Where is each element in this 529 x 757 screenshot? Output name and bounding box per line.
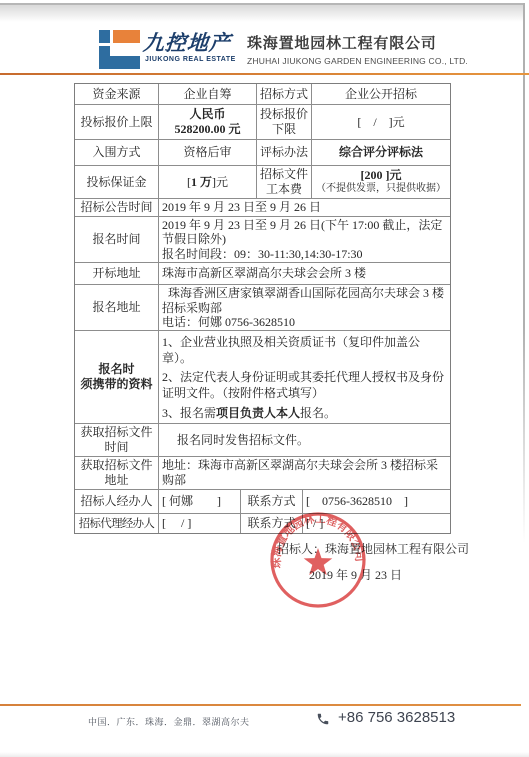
jiukong-logo-icon	[99, 30, 140, 69]
table-row: 投标保证金 [1 万]元 招标文件工本费 [200 ]元 （不提供发票，只提供收…	[75, 165, 450, 198]
value-bid-opening-address: 珠海市高新区翠湖高尔夫球会会所 3 楼	[158, 263, 450, 284]
registration-dates: 2019 年 9 月 23 日至 9 月 26 日(下午 17:00 截止，法定…	[162, 218, 447, 247]
amount-value: 528200.00 元	[174, 122, 240, 137]
table-row: 入围方式 资格后审 评标办法 综合评分评标法	[75, 139, 450, 165]
value-document-fee: [200 ]元 （不提供发票，只提供收据）	[311, 166, 450, 198]
scan-right-edge	[523, 3, 525, 543]
value-tender-method: 企业公开招标	[311, 84, 450, 104]
label-announcement-period: 招标公告时间	[75, 199, 158, 216]
company-seal-stamp-icon: 珠海置地园林工程有限公司	[268, 510, 368, 610]
table-row: 获取招标文件地址 地址：珠海市高新区翠湖高尔夫球会会所 3 楼招标采购部	[75, 456, 450, 489]
table-row: 报名时 须携带的资料 1、企业营业执照及相关资质证书（复印件加盖公章）。 2、法…	[75, 330, 450, 423]
value-bid-deposit: [1 万]元	[158, 166, 256, 198]
company-name-chinese: 珠海置地园林工程有限公司	[247, 32, 437, 53]
footer-divider-rule	[0, 704, 521, 706]
value-evaluation-method: 综合评分评标法	[311, 140, 450, 165]
label-registration-address: 报名地址	[75, 285, 158, 330]
value-tender-proxy-agent: [ / ]	[158, 514, 240, 533]
scan-top-shadow	[0, 5, 525, 22]
registration-hours: 报名时间段：09：30-11:30,14:30-17:30	[162, 247, 363, 261]
label-document-fee: 招标文件工本费	[256, 166, 311, 198]
table-row: 投标报价上限 人民币 528200.00 元 投标报价下限 [ / ]元	[75, 104, 450, 139]
table-row: 招标代理经办人 [ / ] 联系方式 [ / ]	[75, 513, 450, 533]
footer-phone-number: +86 756 3628513	[338, 709, 455, 726]
scanned-tender-notice-page: 九控地产 JIUKONG REAL ESTATE 珠海置地园林工程有限公司 ZH…	[0, 0, 529, 757]
value-document-release-time: 报名同时发售招标文件。	[158, 424, 450, 456]
label-bid-price-upper-limit: 投标报价上限	[75, 105, 158, 139]
logo-english-wordmark: JIUKONG REAL ESTATE	[145, 56, 236, 63]
label-bid-deposit: 投标保证金	[75, 166, 158, 198]
value-required-documents: 1、企业营业执照及相关资质证书（复印件加盖公章）。 2、法定代表人身份证明或其委…	[158, 331, 450, 423]
logo-orange-bar	[113, 30, 140, 43]
registration-address-text: 珠海香洲区唐家镇翠湖香山国际花园高尔夫球会 3 楼招标采购部	[162, 286, 447, 315]
header-divider-rule	[0, 73, 529, 75]
label-tenderer-agent: 招标人经办人	[75, 490, 158, 513]
value-tenderer-agent: [ 何娜 ]	[158, 490, 240, 513]
value-bid-price-upper-limit: 人民币 528200.00 元	[158, 105, 256, 139]
required-doc-item-2: 2、法定代表人身份证明或其委托代理人授权书及身份证明文件。（按附件格式填写）	[162, 369, 447, 401]
value-announcement-period: 2019 年 9 月 23 日至 9 月 26 日	[158, 199, 450, 216]
scan-bottom-shadow	[0, 752, 529, 757]
label-evaluation-method: 评标办法	[256, 140, 311, 165]
label-required-documents: 报名时 须携带的资料	[75, 331, 158, 423]
table-row: 报名时间 2019 年 9 月 23 日至 9 月 26 日(下午 17:00 …	[75, 216, 450, 262]
label-bid-opening-address: 开标地址	[75, 263, 158, 284]
table-row: 资金来源 企业自筹 招标方式 企业公开招标	[75, 84, 450, 104]
value-registration-address: 珠海香洲区唐家镇翠湖香山国际花园高尔夫球会 3 楼招标采购部 电话：何娜 075…	[158, 285, 450, 330]
logo-chinese-wordmark: 九控地产	[142, 27, 232, 57]
value-document-release-address: 地址：珠海市高新区翠湖高尔夫球会会所 3 楼招标采购部	[158, 457, 450, 489]
value-registration-period: 2019 年 9 月 23 日至 9 月 26 日(下午 17:00 截止，法定…	[158, 217, 450, 262]
fee-amount: [200 ]元	[361, 168, 402, 183]
label-registration-period: 报名时间	[75, 217, 158, 262]
label-document-release-time: 获取招标文件时间	[75, 424, 158, 456]
company-name-english: ZHUHAI JIUKONG GARDEN ENGINEERING CO., L…	[247, 56, 468, 66]
value-bid-price-lower-limit: [ / ]元	[311, 105, 450, 139]
currency-label: 人民币	[189, 107, 225, 122]
value-shortlist-method: 资格后审	[158, 140, 256, 165]
registration-contact-phone: 电话：何娜 0756-3628510	[162, 315, 295, 329]
deposit-value: [1 万]元	[187, 175, 228, 190]
label-tender-method: 招标方式	[256, 84, 311, 104]
logo-blue-bottom-bar	[99, 56, 140, 69]
value-funding-source: 企业自筹	[158, 84, 256, 104]
phone-receiver-icon	[316, 712, 330, 726]
logo-blue-square	[99, 30, 110, 43]
label-shortlist-method: 入围方式	[75, 140, 158, 165]
table-row: 获取招标文件时间 报名同时发售招标文件。	[75, 423, 450, 456]
footer-location-text: 中国．广东．珠海．金鼎．翠湖高尔夫	[88, 715, 250, 728]
tender-info-table: 资金来源 企业自筹 招标方式 企业公开招标 投标报价上限 人民币 528200.…	[74, 83, 451, 534]
fee-note: （不提供发票，只提供收据）	[316, 183, 446, 196]
label-tender-proxy-agent: 招标代理经办人	[75, 514, 158, 533]
label-funding-source: 资金来源	[75, 84, 158, 104]
table-row: 招标人经办人 [ 何娜 ] 联系方式 [ 0756-3628510 ]	[75, 489, 450, 513]
table-row: 招标公告时间 2019 年 9 月 23 日至 9 月 26 日	[75, 198, 450, 216]
required-doc-item-3: 3、报名需项目负责人本人报名。	[162, 405, 336, 421]
label-bid-price-lower-limit: 投标报价下限	[256, 105, 311, 139]
label-document-release-address: 获取招标文件地址	[75, 457, 158, 489]
required-doc-item-1: 1、企业营业执照及相关资质证书（复印件加盖公章）。	[162, 334, 447, 366]
seal-star	[304, 548, 333, 575]
table-row: 开标地址 珠海市高新区翠湖高尔夫球会会所 3 楼	[75, 262, 450, 284]
table-row: 报名地址 珠海香洲区唐家镇翠湖香山国际花园高尔夫球会 3 楼招标采购部 电话：何…	[75, 284, 450, 330]
